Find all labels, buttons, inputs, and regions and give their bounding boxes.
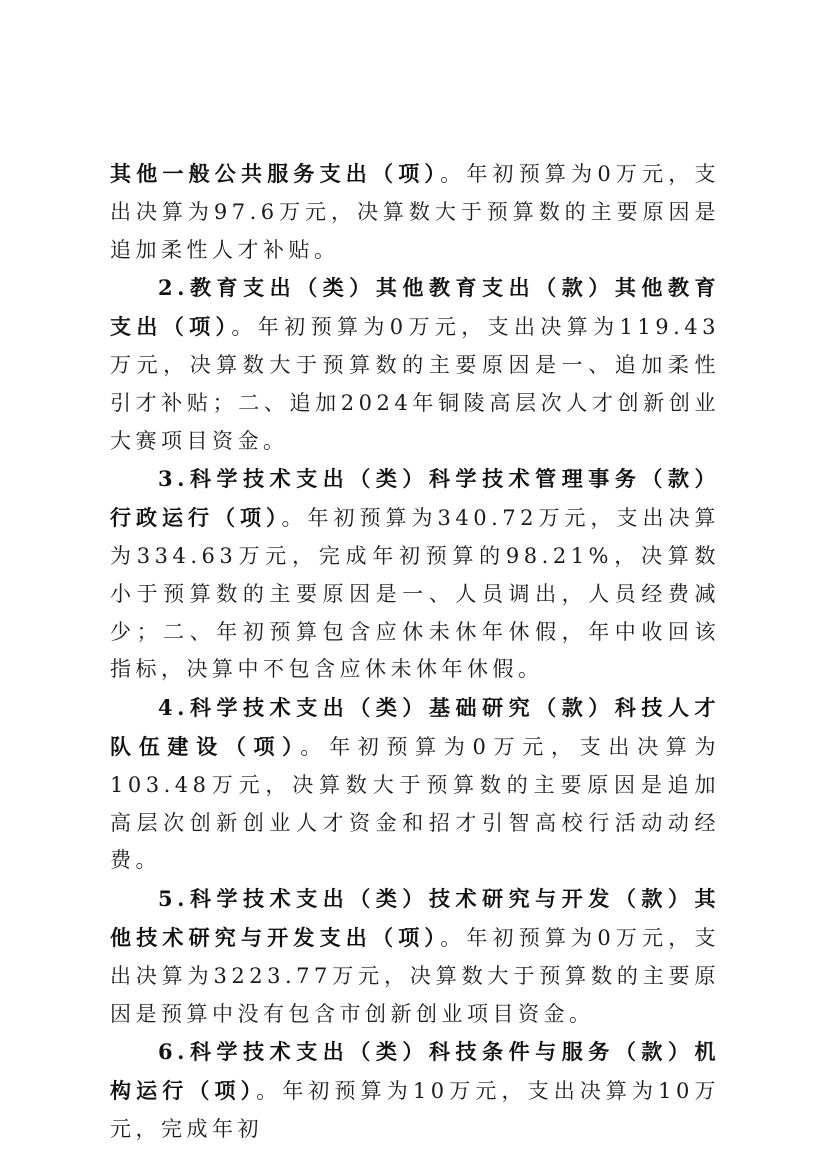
paragraph-education-expenditure: 2.教育支出（类）其他教育支出（款）其他教育支出（项）。年初预算为0万元，支出决… bbox=[110, 269, 720, 460]
document-page: 其他一般公共服务支出（项）。年初预算为0万元，支出决算为97.6万元，决算数大于… bbox=[110, 155, 720, 1149]
paragraph-science-institution-operation: 6.科学技术支出（类）科技条件与服务（款）机构运行（项）。年初预算为10万元，支… bbox=[110, 1033, 720, 1148]
paragraph-science-admin-operation: 3.科学技术支出（类）科学技术管理事务（款）行政运行（项）。年初预算为340.7… bbox=[110, 460, 720, 689]
paragraph-body: 。年初预算为340.72万元，支出决算为334.63万元，完成年初预算的98.2… bbox=[110, 506, 720, 681]
paragraph-general-public-services: 其他一般公共服务支出（项）。年初预算为0万元，支出决算为97.6万元，决算数大于… bbox=[110, 155, 720, 269]
paragraph-science-talent-team: 4.科学技术支出（类）基础研究（款）科技人才队伍建设（项）。年初预算为0万元，支… bbox=[110, 689, 720, 880]
paragraph-heading: 其他一般公共服务支出（项） bbox=[110, 161, 440, 186]
paragraph-science-rnd-other: 5.科学技术支出（类）技术研究与开发（款）其他技术研究与开发支出（项）。年初预算… bbox=[110, 880, 720, 1033]
